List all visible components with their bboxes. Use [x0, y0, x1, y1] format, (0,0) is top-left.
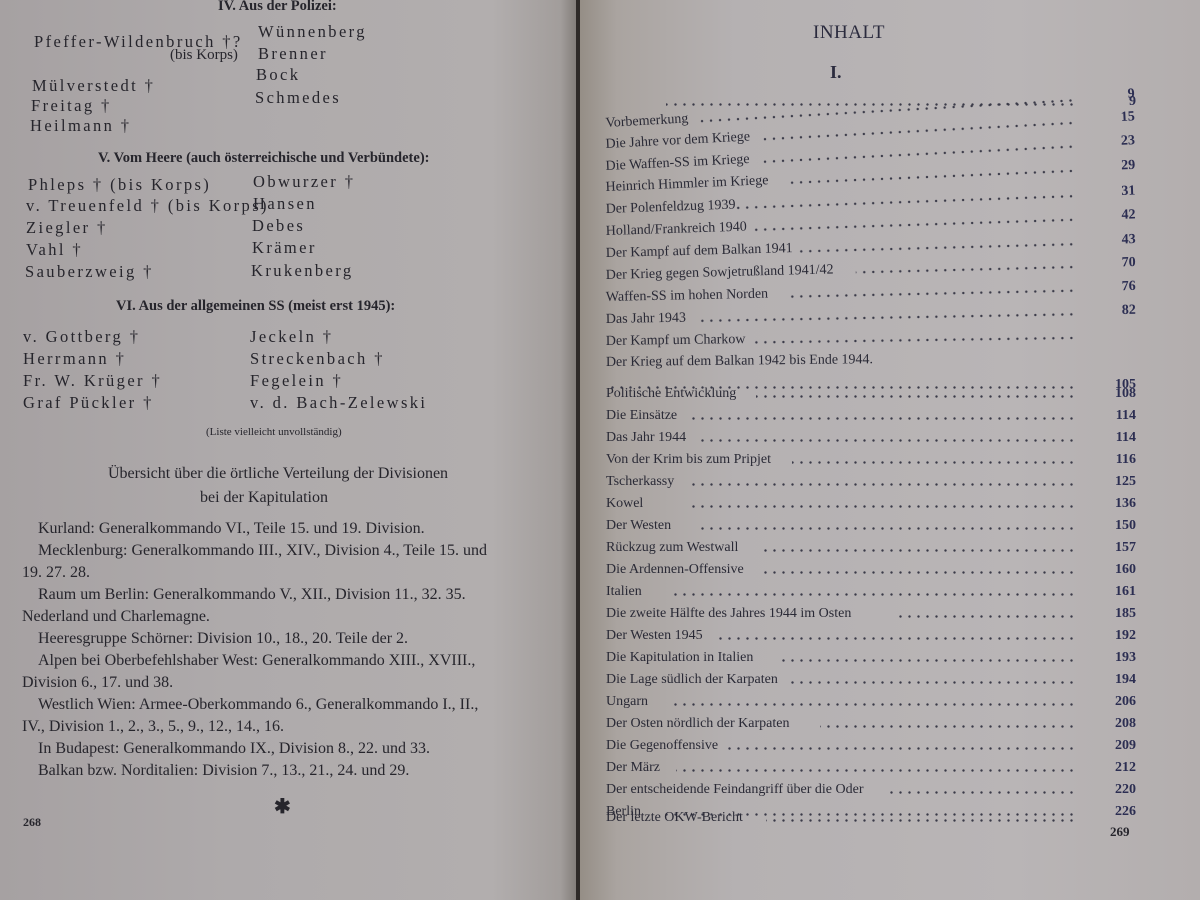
- overview-line: Heeresgruppe Schörner: Division 10., 18.…: [38, 630, 408, 648]
- leader-dots: [782, 659, 1076, 662]
- overview-line: In Budapest: Generalkommando IX., Divisi…: [38, 740, 430, 758]
- overview-line: Nederland und Charlemagne.: [22, 608, 210, 626]
- toc-part-number: I.: [830, 62, 842, 83]
- toc-row: Das Jahr 1944 114: [606, 426, 1136, 446]
- toc-entry-label: Der Westen: [606, 518, 671, 534]
- leader-dots: [758, 571, 1076, 574]
- leader-dots: [758, 549, 1076, 552]
- toc-entry-label: Der Krieg auf dem Balkan 1942 bis Ende 1…: [606, 352, 873, 371]
- toc-row: Der Osten nördlich der Karpaten 208: [606, 712, 1136, 732]
- leader-dots: [886, 791, 1076, 794]
- name-left: Heilmann †: [30, 116, 131, 136]
- toc-entry-label: Von der Krim bis zum Pripjet: [606, 452, 771, 468]
- toc-entry-page: 15: [1120, 109, 1135, 126]
- toc-entry-label: Kowel: [606, 496, 643, 512]
- leader-dots: [754, 336, 1076, 343]
- toc-entry-label: Der März: [606, 760, 660, 776]
- toc-entry-page: 114: [1116, 430, 1136, 446]
- toc-entry-page: 42: [1121, 207, 1135, 223]
- leader-dots: [856, 266, 1076, 274]
- toc-entry-page: 9: [1127, 86, 1135, 102]
- toc-entry-page: 193: [1115, 650, 1136, 666]
- toc-entry-label: Der letzte OKW-Bericht: [606, 810, 743, 826]
- leader-dots: [718, 637, 1076, 640]
- name-right: Fegelein †: [250, 371, 343, 391]
- overview-line: Kurland: Generalkommando VI., Teile 15. …: [38, 520, 425, 538]
- overview-line: Mecklenburg: Generalkommando III., XIV.,…: [38, 542, 487, 560]
- toc-row: Rückzug zum Westwall 157: [606, 536, 1136, 556]
- toc-entry-label: Ungarn: [606, 694, 648, 710]
- toc-row: Der März 212: [606, 756, 1136, 776]
- toc-entry-page: 212: [1115, 760, 1136, 776]
- toc-entry-label: Die Einsätze: [606, 408, 677, 424]
- name-left: Mülverstedt †: [32, 76, 155, 96]
- name-left: Fr. W. Krüger †: [23, 371, 162, 391]
- toc-entry-page: 208: [1115, 716, 1136, 732]
- toc-row: Politische Entwicklung 108: [606, 382, 1136, 402]
- name-left: Phleps † (bis Korps): [28, 175, 211, 195]
- name-right: v. d. Bach-Zelewski: [250, 393, 427, 413]
- toc-entry-page: 160: [1115, 562, 1136, 578]
- name-left: Vahl †: [26, 240, 83, 260]
- toc-entry-page: 31: [1121, 184, 1136, 200]
- toc-entry-label: Die Ardennen-Offensive: [606, 562, 744, 578]
- leader-dots: [670, 703, 1076, 706]
- section-iv-heading: IV. Aus der Polizei:: [218, 0, 337, 15]
- leader-dots: [700, 527, 1076, 530]
- section-v-heading: V. Vom Heere (auch österreichische und V…: [98, 150, 429, 167]
- page-number-left: 268: [23, 815, 41, 830]
- name-left: Graf Pückler †: [23, 393, 154, 413]
- toc-entry-label: Der Westen 1945: [606, 628, 703, 644]
- name-left-note: (bis Korps): [170, 47, 238, 64]
- toc-entry-label: Das Jahr 1943: [606, 311, 686, 328]
- leader-dots: [820, 725, 1076, 728]
- toc-row: Die zweite Hälfte des Jahres 1944 im Ost…: [606, 602, 1136, 622]
- toc-title: INHALT: [813, 22, 885, 44]
- leader-dots: [690, 483, 1076, 486]
- toc-entry-page: 108: [1115, 386, 1136, 402]
- name-right: Streckenbach †: [250, 349, 385, 369]
- toc-entry-label: Der Osten nördlich der Karpaten: [606, 716, 789, 732]
- toc-entry-label: Die Kapitulation in Italien: [606, 650, 753, 666]
- toc-entry-page: 157: [1115, 540, 1136, 556]
- name-right: Bock: [256, 65, 300, 85]
- leader-dots: [792, 461, 1076, 464]
- leader-dots: [668, 593, 1076, 596]
- toc-entry-page: 209: [1115, 738, 1136, 754]
- toc-entry-page: 136: [1115, 496, 1136, 512]
- toc-row: Kowel 136: [606, 492, 1136, 512]
- leader-dots: [896, 615, 1076, 618]
- toc-entry-page: 116: [1116, 452, 1136, 468]
- leader-dots: [756, 395, 1076, 398]
- toc-entry-label: Tscherkassy: [606, 474, 674, 490]
- page-number-right: 269: [1110, 824, 1130, 840]
- toc-row: Der Westen 1945 192: [606, 624, 1136, 644]
- toc-entry-page: 194: [1115, 672, 1136, 688]
- toc-row: Die Lage südlich der Karpaten 194: [606, 668, 1136, 688]
- toc-entry-page: 82: [1122, 303, 1136, 319]
- name-right: Wünnenberg: [258, 22, 367, 42]
- name-left: Sauberzweig †: [25, 262, 154, 282]
- name-right: Jeckeln †: [250, 327, 333, 347]
- toc-row: Die Kapitulation in Italien 193: [606, 646, 1136, 666]
- toc-entry-page: 150: [1115, 518, 1136, 534]
- name-right: Hansen: [253, 194, 317, 214]
- name-right: Brenner: [258, 44, 328, 64]
- toc-entry-label: Politische Entwicklung: [606, 386, 736, 402]
- toc-row: Der letzte OKW-Bericht: [606, 806, 1136, 826]
- toc-entry-page: 185: [1115, 606, 1136, 622]
- toc-row: Die Gegenoffensive 209: [606, 734, 1136, 754]
- name-right: Schmedes: [255, 88, 341, 108]
- name-right: Obwurzer †: [253, 172, 355, 192]
- overview-title-line1: Übersicht über die örtliche Verteilung d…: [108, 465, 448, 483]
- overview-line: 19. 27. 28.: [22, 564, 90, 582]
- leader-dots: [766, 819, 1076, 822]
- toc-entry-page: 161: [1115, 584, 1136, 600]
- toc-entry-page: 43: [1121, 232, 1135, 248]
- toc-entry-page: 192: [1115, 628, 1136, 644]
- overview-title-line2: bei der Kapitulation: [200, 489, 328, 507]
- toc-entry-page: 29: [1121, 158, 1136, 175]
- leader-dots: [790, 681, 1076, 684]
- toc-entry-page: 76: [1122, 279, 1136, 295]
- ornament-asterisk: ✱: [274, 794, 291, 819]
- left-page: IV. Aus der Polizei: Pfeffer-Wildenbruch…: [0, 0, 578, 900]
- toc-row: Der Westen 150: [606, 514, 1136, 534]
- toc-entry-page: 23: [1121, 133, 1136, 150]
- toc-row: Italien 161: [606, 580, 1136, 600]
- book-spread: IV. Aus der Polizei: Pfeffer-Wildenbruch…: [0, 0, 1200, 900]
- overview-line: Division 6., 17. und 38.: [22, 674, 173, 692]
- name-right: Krukenberg: [251, 261, 354, 281]
- toc-entry-label: Die zweite Hälfte des Jahres 1944 im Ost…: [606, 606, 851, 622]
- name-right: Debes: [252, 216, 305, 236]
- name-left: v. Treuenfeld † (bis Korps): [26, 196, 269, 216]
- toc-entry-label: Italien: [606, 584, 642, 600]
- toc-entry-label: Die Gegenoffensive: [606, 738, 718, 754]
- toc-row: Die Ardennen-Offensive 160: [606, 558, 1136, 578]
- name-left: Ziegler †: [26, 218, 108, 238]
- leader-dots: [696, 439, 1076, 442]
- overview-line: Westlich Wien: Armee-Oberkommando 6., Ge…: [38, 696, 478, 714]
- name-left: Herrmann †: [23, 349, 126, 369]
- section-vi-heading: VI. Aus der allgemeinen SS (meist erst 1…: [116, 298, 395, 315]
- toc-entry-label: Waffen-SS im hohen Norden: [606, 287, 769, 306]
- overview-line: Alpen bei Oberbefehlshaber West: General…: [38, 652, 475, 670]
- leader-dots: [688, 417, 1076, 420]
- toc-entry-page: 70: [1121, 255, 1135, 271]
- overview-line: IV., Division 1., 2., 3., 5., 9., 12., 1…: [22, 718, 284, 736]
- toc-entry-page: 114: [1116, 408, 1136, 424]
- leader-dots: [690, 505, 1076, 508]
- toc-entry-page: 125: [1115, 474, 1136, 490]
- toc-entry-label: Der entscheidende Feindangriff über die …: [606, 782, 863, 798]
- toc-row: Die Einsätze 114: [606, 404, 1136, 424]
- toc-entry-label: Die Lage südlich der Karpaten: [606, 672, 778, 688]
- leader-dots: [676, 769, 1076, 772]
- toc-row: Ungarn 206: [606, 690, 1136, 710]
- overview-line: Balkan bzw. Norditalien: Division 7., 13…: [38, 762, 409, 780]
- toc-entry-page: 206: [1115, 694, 1136, 710]
- name-left: Freitag †: [31, 96, 112, 116]
- name-right: Krämer: [252, 238, 317, 258]
- toc-row: Von der Krim bis zum Pripjet 116: [606, 448, 1136, 468]
- name-left: v. Gottberg †: [23, 327, 140, 347]
- leader-dots: [726, 747, 1076, 750]
- toc-entry-label: Der Kampf um Charkow: [606, 332, 746, 350]
- list-note: (Liste vielleicht unvollständig): [206, 426, 342, 438]
- toc-row: Tscherkassy 125: [606, 470, 1136, 490]
- overview-line: Raum um Berlin: Generalkommando V., XII.…: [38, 586, 466, 604]
- toc-row: Der entscheidende Feindangriff über die …: [606, 778, 1136, 798]
- toc-entry-page: 220: [1115, 782, 1136, 798]
- leader-dots: [786, 289, 1076, 298]
- toc-entry-label: Rückzug zum Westwall: [606, 540, 738, 556]
- toc-entry-label: Das Jahr 1944: [606, 430, 686, 446]
